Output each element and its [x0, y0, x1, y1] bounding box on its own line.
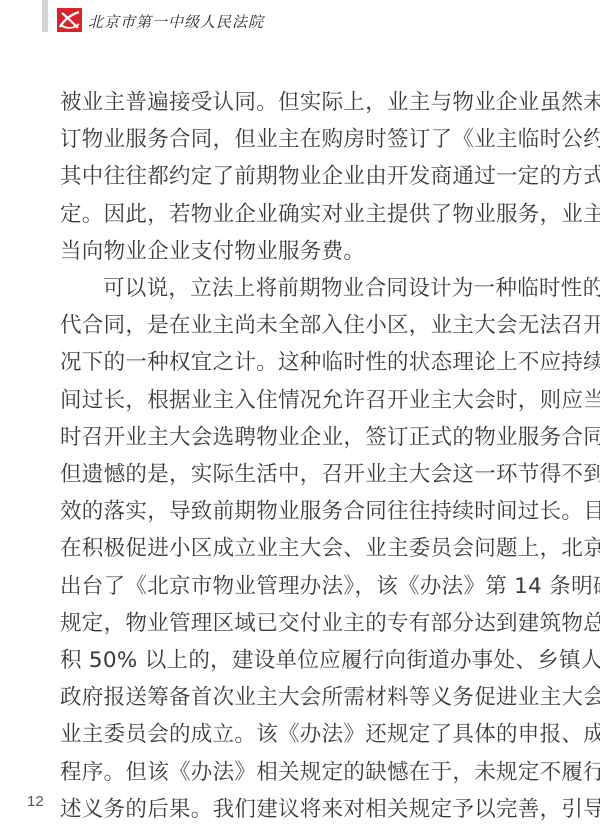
text-line: 可以说，立法上将前期物业合同设计为一种临时性的替: [60, 270, 544, 307]
court-emblem-icon: [57, 8, 82, 32]
paragraph-1: 被业主普遍接受认同。但实际上，业主与物业企业虽然未签 订物业服务合同，但业主在购…: [60, 84, 544, 270]
text-line: 政府报送筹备首次业主大会所需材料等义务促进业主大会、: [60, 679, 544, 716]
text-line: 当向物业企业支付物业服务费。: [60, 233, 544, 270]
text-line: 间过长，根据业主入住情况允许召开业主大会时，则应当及: [60, 382, 544, 419]
document-body: 被业主普遍接受认同。但实际上，业主与物业企业虽然未签 订物业服务合同，但业主在购…: [60, 84, 544, 824]
text-line: 业主委员会的成立。该《办法》还规定了具体的申报、成立: [60, 716, 544, 753]
header-side-bar: [42, 0, 48, 32]
text-line: 规定，物业管理区域已交付业主的专有部分达到建筑物总面: [60, 605, 544, 642]
text-line: 代合同，是在业主尚未全部入住小区，业主大会无法召开情: [60, 307, 544, 344]
text-line: 程序。但该《办法》相关规定的缺憾在于，未规定不履行上: [60, 754, 544, 791]
text-line: 在积极促进小区成立业主大会、业主委员会问题上，北京市: [60, 530, 544, 567]
text-line: 述义务的后果。我们建议将来对相关规定予以完善，引导、: [60, 791, 544, 824]
text-line: 出台了《北京市物业管理办法》，该《办法》第 14 条明确: [60, 568, 544, 605]
text-line: 订物业服务合同，但业主在购房时签订了《业主临时公约》，: [60, 121, 544, 158]
text-line: 定。因此，若物业企业确实对业主提供了物业服务，业主应: [60, 196, 544, 233]
text-line: 况下的一种权宜之计。这种临时性的状态理论上不应持续时: [60, 344, 544, 381]
text-line: 效的落实，导致前期物业服务合同往往持续时间过长。目前，: [60, 493, 544, 530]
text-line: 其中往往都约定了前期物业企业由开发商通过一定的方式选: [60, 158, 544, 195]
page-header: 北京市第一中级人民法院: [0, 0, 600, 40]
text-line: 积 50% 以上的，建设单位应履行向街道办事处、乡镇人民: [60, 642, 544, 679]
text-line: 时召开业主大会选聘物业企业，签订正式的物业服务合同。: [60, 419, 544, 456]
page-number: 12: [27, 793, 44, 810]
court-name: 北京市第一中级人民法院: [88, 11, 264, 32]
text-line: 被业主普遍接受认同。但实际上，业主与物业企业虽然未签: [60, 84, 544, 121]
paragraph-2: 可以说，立法上将前期物业合同设计为一种临时性的替 代合同，是在业主尚未全部入住小…: [60, 270, 544, 824]
text-line: 但遗憾的是，实际生活中，召开业主大会这一环节得不到有: [60, 456, 544, 493]
